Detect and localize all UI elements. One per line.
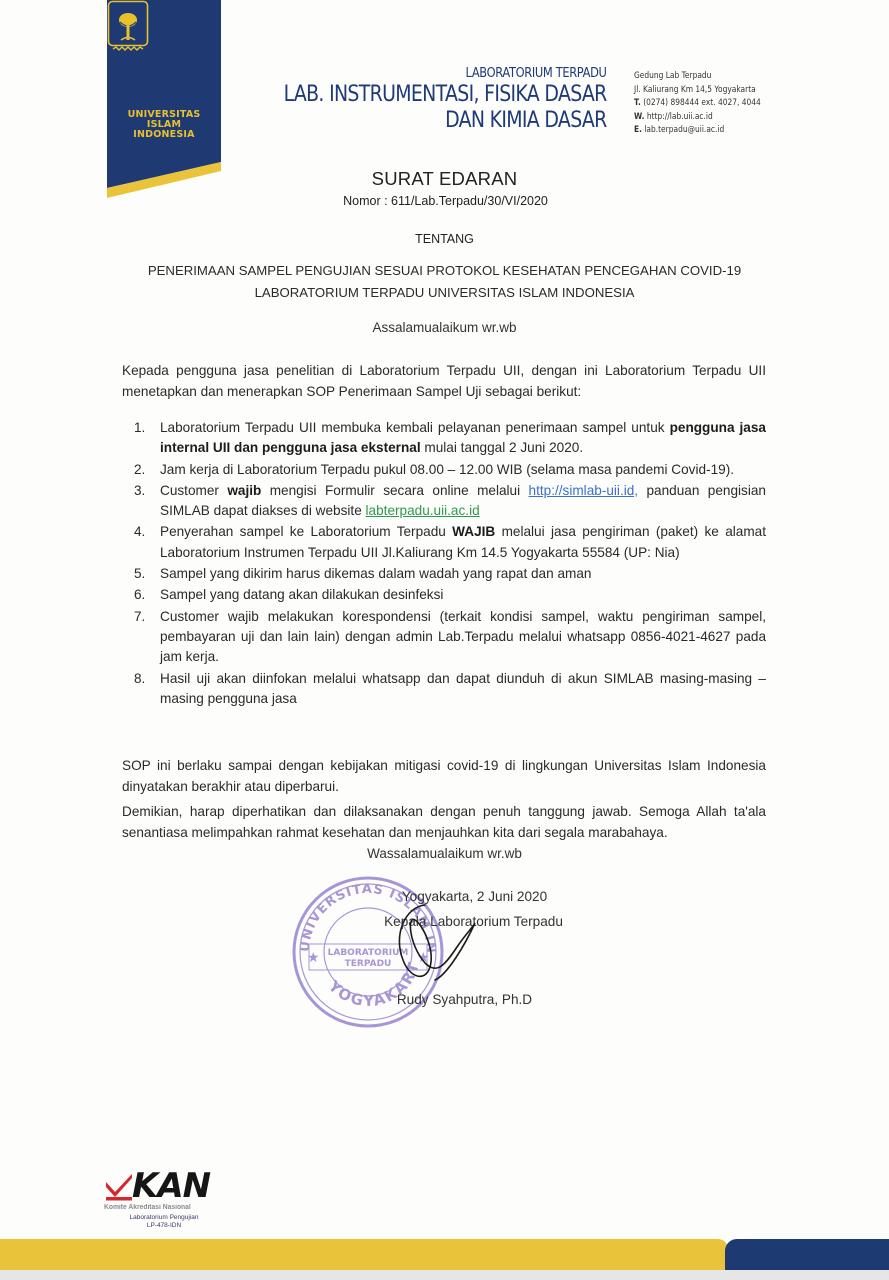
uii-emblem-icon [107, 0, 149, 56]
farewell: Wassalamualaikum wr.wb [0, 846, 889, 861]
lab-title-block: LABORATORIUM TERPADU LAB. INSTRUMENTASI,… [231, 66, 607, 134]
validity-paragraph: SOP ini berlaku sampai dengan kebijakan … [122, 756, 766, 797]
list-item: 7. Customer wajib melakukan korespondens… [134, 607, 766, 668]
list-item: 2. Jam kerja di Laboratorium Terpadu puk… [134, 460, 766, 480]
document-title: SURAT EDARAN [0, 168, 889, 190]
subject-line1: PENERIMAAN SAMPEL PENGUJIAN SESUAI PROTO… [0, 260, 889, 282]
list-item: 5. Sampel yang dikirim harus dikemas dal… [134, 564, 766, 584]
contact-phone: T. (0274) 898444 ext. 4027, 4044 [634, 97, 761, 111]
kan-logo: KAN Komite Akreditasi Nasional Laborator… [104, 1168, 234, 1238]
intro-paragraph: Kepada pengguna jasa penelitian di Labor… [122, 361, 766, 402]
kan-wordmark: KAN [132, 1168, 210, 1204]
svg-text:★: ★ [307, 949, 320, 965]
document-subject: PENERIMAAN SAMPEL PENGUJIAN SESUAI PROTO… [0, 260, 889, 304]
contact-web[interactable]: W. http://lab.uii.ac.id [634, 111, 761, 125]
lab-title-line1: LAB. INSTRUMENTASI, FISIKA DASAR [284, 82, 607, 108]
contact-block: Gedung Lab Terpadu Jl. Kaliurang Km 14,5… [634, 70, 761, 138]
lab-subtitle: LABORATORIUM TERPADU [276, 66, 607, 82]
letter-page: UNIVERSITAS ISLAM INDONESIA LABORATORIUM… [0, 0, 889, 1280]
list-item: 1. Laboratorium Terpadu UII membuka kemb… [134, 418, 766, 459]
sop-list: 1. Laboratorium Terpadu UII membuka kemb… [134, 418, 766, 710]
list-item: 8. Hasil uji akan diinfokan melalui what… [134, 669, 766, 710]
footer-bar-blue [725, 1239, 889, 1270]
kan-checkmark-icon [104, 1174, 134, 1202]
greeting: Assalamualaikum wr.wb [0, 320, 889, 335]
contact-email[interactable]: E. lab.terpadu@uii.ac.id [634, 124, 761, 138]
list-item: 4. Penyerahan sampel ke Laboratorium Ter… [134, 522, 766, 563]
page-edge-shadow [0, 1270, 889, 1280]
contact-address: Jl. Kaliurang Km 14,5 Yogyakarta [634, 84, 761, 98]
contact-building: Gedung Lab Terpadu [634, 70, 761, 84]
labterpadu-link[interactable]: labterpadu.uii.ac.id [366, 503, 480, 518]
kan-accreditation-type: Laboratorium Pengujian [104, 1214, 224, 1221]
list-item: 3. Customer wajib mengisi Formulir secar… [134, 481, 766, 522]
kan-full-name: Komite Akreditasi Nasional [104, 1204, 229, 1211]
kan-accreditation-number: LP-478-IDN [104, 1222, 224, 1229]
list-item: 6. Sampel yang datang akan dilakukan des… [134, 585, 766, 605]
signatory-name: Rudy Syahputra, Ph.D [0, 992, 889, 1007]
footer-bar-yellow [0, 1239, 728, 1270]
about-label: TENTANG [0, 232, 889, 246]
document-number: Nomor : 611/Lab.Terpadu/30/VI/2020 [0, 194, 889, 208]
lab-title-line2: DAN KIMIA DASAR [284, 108, 607, 134]
simlab-link[interactable]: http://simlab-uii.id, [529, 483, 639, 498]
closing-paragraph: Demikian, harap diperhatikan dan dilaksa… [122, 802, 766, 843]
uii-name-line3: INDONESIA [107, 130, 221, 140]
subject-line2: LABORATORIUM TERPADU UNIVERSITAS ISLAM I… [0, 282, 889, 304]
handwritten-signature-icon [385, 895, 485, 995]
